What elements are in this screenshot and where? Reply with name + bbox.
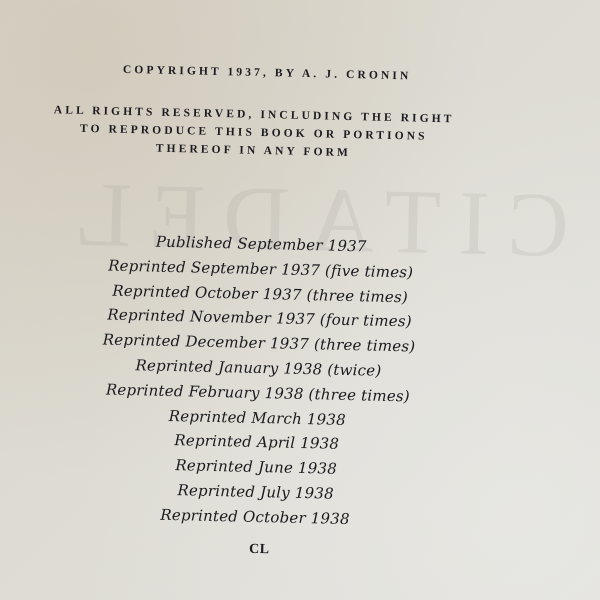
printing-history-list: Published September 1937 Reprinted Septe… <box>0 226 521 535</box>
rights-reserved-statement: ALL RIGHTS RESERVED, INCLUDING THE RIGHT… <box>7 0 600 8</box>
copyright-notice: COPYRIGHT 1937, BY A. J. CRONIN <box>17 58 517 87</box>
printer-code: CL <box>0 536 524 564</box>
copyright-page: CITADEL COPYRIGHT 1937, BY A. J. CRONIN … <box>0 0 600 600</box>
